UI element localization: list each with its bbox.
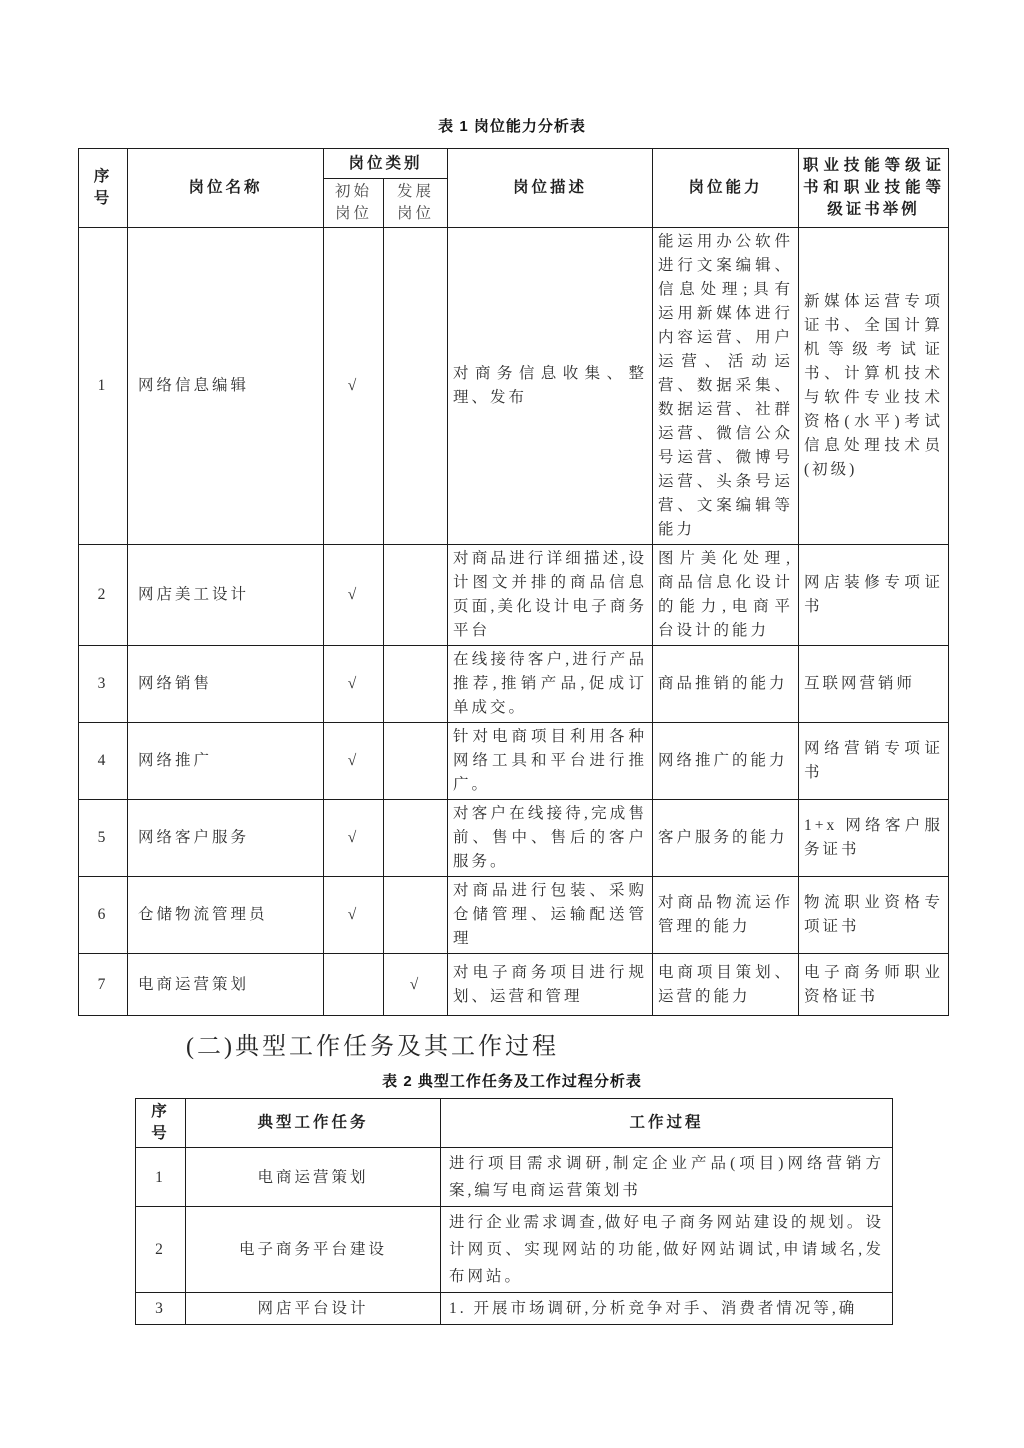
cell-develop-check	[384, 877, 448, 954]
cell-task: 电商运营策划	[186, 1148, 441, 1207]
cell-desc: 对商品进行详细描述,设计图文并排的商品信息页面,美化设计电子商务平台	[448, 545, 653, 646]
table-row: 6 仓储物流管理员 √ 对商品进行包装、采购仓储管理、运输配送管理 对商品物流运…	[79, 877, 949, 954]
cell-position-name: 网店美工设计	[128, 545, 324, 646]
table-row: 1 电商运营策划 进行项目需求调研,制定企业产品(项目)网络营销方案,编写电商运…	[136, 1148, 893, 1207]
cell-develop-check	[384, 545, 448, 646]
cell-index: 1	[136, 1148, 186, 1207]
cell-initial-check: √	[324, 877, 384, 954]
cell-ability: 图片美化处理,商品信息化设计的能力,电商平台设计的能力	[653, 545, 799, 646]
cell-ability: 客户服务的能力	[653, 800, 799, 877]
cell-task: 电子商务平台建设	[186, 1207, 441, 1293]
col-header-name: 岗位名称	[128, 149, 324, 228]
col-header-category: 岗位类别	[324, 149, 448, 179]
cell-desc: 针对电商项目利用各种网络工具和平台进行推广。	[448, 723, 653, 800]
cell-cert: 电子商务师职业资格证书	[799, 954, 949, 1016]
position-ability-table: 序号 岗位名称 岗位类别 岗位描述 岗位能力 职业技能等级证书和职业技能等级证书…	[78, 148, 949, 1016]
cell-develop-check	[384, 723, 448, 800]
cell-ability: 电商项目策划、运营的能力	[653, 954, 799, 1016]
cell-index: 4	[79, 723, 128, 800]
cell-desc: 对商务信息收集、整理、发布	[448, 228, 653, 545]
cell-index: 1	[79, 228, 128, 545]
table-row: 2 网店美工设计 √ 对商品进行详细描述,设计图文并排的商品信息页面,美化设计电…	[79, 545, 949, 646]
table-row: 4 网络推广 √ 针对电商项目利用各种网络工具和平台进行推广。 网络推广的能力 …	[79, 723, 949, 800]
cell-index: 7	[79, 954, 128, 1016]
cell-develop-check	[384, 800, 448, 877]
col-header-task: 典型工作任务	[186, 1099, 441, 1148]
cell-develop-check	[384, 228, 448, 545]
cell-desc: 对电子商务项目进行规划、运营和管理	[448, 954, 653, 1016]
cell-index: 2	[79, 545, 128, 646]
cell-develop-check: √	[384, 954, 448, 1016]
table2-header-row: 序号 典型工作任务 工作过程	[136, 1099, 893, 1148]
cell-position-name: 电商运营策划	[128, 954, 324, 1016]
cell-cert: 网店装修专项证书	[799, 545, 949, 646]
cell-process: 进行项目需求调研,制定企业产品(项目)网络营销方案,编写电商运营策划书	[441, 1148, 893, 1207]
cell-ability: 能运用办公软件进行文案编辑、信息处理;具有运用新媒体进行内容运营、用户运营、活动…	[653, 228, 799, 545]
col-header-ability: 岗位能力	[653, 149, 799, 228]
cell-initial-check: √	[324, 800, 384, 877]
col-header-cat-develop: 发展岗位	[384, 179, 448, 228]
table1-title: 表 1 岗位能力分析表	[0, 115, 1024, 136]
col-header-process: 工作过程	[441, 1099, 893, 1148]
cell-process: 进行企业需求调查,做好电子商务网站建设的规划。设计网页、实现网站的功能,做好网站…	[441, 1207, 893, 1293]
document-page: { "page": { "table1_title": "表 1 岗位能力分析表…	[0, 0, 1024, 1448]
cell-initial-check: √	[324, 228, 384, 545]
cell-index: 2	[136, 1207, 186, 1293]
cell-ability: 对商品物流运作管理的能力	[653, 877, 799, 954]
cell-initial-check: √	[324, 723, 384, 800]
cell-desc: 对商品进行包装、采购仓储管理、运输配送管理	[448, 877, 653, 954]
cell-initial-check: √	[324, 646, 384, 723]
section-heading: (二)典型工作任务及其工作过程	[186, 1026, 559, 1061]
table-row: 5 网络客户服务 √ 对客户在线接待,完成售前、售中、售后的客户服务。 客户服务…	[79, 800, 949, 877]
cell-cert: 1+x 网络客户服务证书	[799, 800, 949, 877]
table-row: 3 网络销售 √ 在线接待客户,进行产品推荐,推销产品,促成订单成交。 商品推销…	[79, 646, 949, 723]
table-row: 7 电商运营策划 √ 对电子商务项目进行规划、运营和管理 电商项目策划、运营的能…	[79, 954, 949, 1016]
cell-desc: 在线接待客户,进行产品推荐,推销产品,促成订单成交。	[448, 646, 653, 723]
table-row: 2 电子商务平台建设 进行企业需求调查,做好电子商务网站建设的规划。设计网页、实…	[136, 1207, 893, 1293]
cell-develop-check	[384, 646, 448, 723]
col-header-cat-initial: 初始岗位	[324, 179, 384, 228]
cell-cert: 互联网营销师	[799, 646, 949, 723]
cell-index: 3	[79, 646, 128, 723]
cell-index: 6	[79, 877, 128, 954]
table-row: 1 网络信息编辑 √ 对商务信息收集、整理、发布 能运用办公软件进行文案编辑、信…	[79, 228, 949, 545]
col-header-index: 序号	[136, 1099, 186, 1148]
cell-position-name: 网络推广	[128, 723, 324, 800]
cell-position-name: 网络客户服务	[128, 800, 324, 877]
table2-title: 表 2 典型工作任务及工作过程分析表	[0, 1070, 1024, 1091]
col-header-index: 序号	[79, 149, 128, 228]
cell-initial-check: √	[324, 545, 384, 646]
cell-position-name: 仓储物流管理员	[128, 877, 324, 954]
cell-initial-check	[324, 954, 384, 1016]
cell-cert: 新媒体运营专项证书、全国计算机等级考试证书、计算机技术与软件专业技术资格(水平)…	[799, 228, 949, 545]
task-process-table: 序号 典型工作任务 工作过程 1 电商运营策划 进行项目需求调研,制定企业产品(…	[135, 1098, 893, 1325]
cell-ability: 网络推广的能力	[653, 723, 799, 800]
col-header-desc: 岗位描述	[448, 149, 653, 228]
cell-cert: 网络营销专项证书	[799, 723, 949, 800]
col-header-cert: 职业技能等级证书和职业技能等级证书举例	[799, 149, 949, 228]
cell-process: 1. 开展市场调研,分析竞争对手、消费者情况等,确	[441, 1293, 893, 1325]
cell-position-name: 网络信息编辑	[128, 228, 324, 545]
cell-ability: 商品推销的能力	[653, 646, 799, 723]
table-row: 3 网店平台设计 1. 开展市场调研,分析竞争对手、消费者情况等,确	[136, 1293, 893, 1325]
cell-index: 3	[136, 1293, 186, 1325]
cell-cert: 物流职业资格专项证书	[799, 877, 949, 954]
cell-task: 网店平台设计	[186, 1293, 441, 1325]
cell-position-name: 网络销售	[128, 646, 324, 723]
table1-header-row-1: 序号 岗位名称 岗位类别 岗位描述 岗位能力 职业技能等级证书和职业技能等级证书…	[79, 149, 949, 179]
cell-index: 5	[79, 800, 128, 877]
cell-desc: 对客户在线接待,完成售前、售中、售后的客户服务。	[448, 800, 653, 877]
